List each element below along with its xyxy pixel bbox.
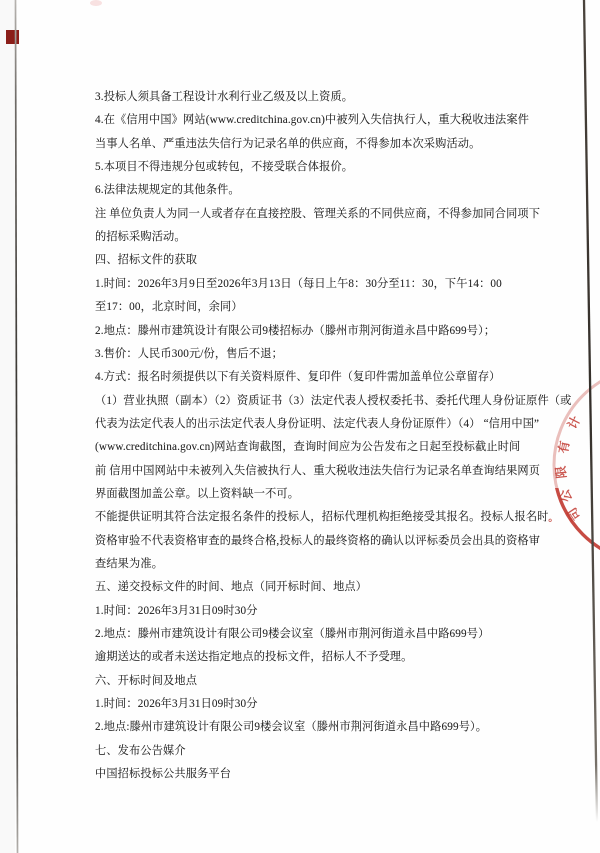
text-line: 4.方式：报名时须提供以下有关资料原件、复印件（复印件需加盖单位公章留存） [95, 371, 501, 384]
text-line: 注 单位负责人为同一人或者存在直接控股、管理关系的不同供应商，不得参加同合同项下 [95, 208, 540, 221]
text-line: 至17：00，北京时间，余同） [95, 301, 243, 314]
text-line: 6.法律法规规定的其他条件。 [95, 184, 240, 197]
text-line: 四、招标文件的获取 [95, 254, 197, 267]
text-line: 1.时间：2026年3月31日09时30分 [95, 698, 258, 711]
document-text-block: 3.投标人须具备工程设计水利行业乙级及以上资质。4.在《信用中国》网站(www.… [0, 0, 600, 853]
text-line: 4.在《信用中国》网站(www.creditchina.gov.cn)中被列入失… [95, 114, 529, 127]
scanned-document-page: 计 有 限 公 司 。 3.投标人 [0, 0, 600, 853]
text-line: 1.时间：2026年3月31日09时30分 [95, 605, 258, 618]
text-line: 当事人名单、严重违法失信行为记录名单的供应商，不得参加本次采购活动。 [95, 138, 480, 151]
text-line: 界面截图加盖公章。以上资料缺一不可。 [95, 488, 299, 501]
text-line: 不能提供证明其符合法定报名条件的投标人，招标代理机构拒绝接受其报名。投标人报名时 [95, 511, 549, 524]
text-line: 2.地点：滕州市建筑设计有限公司9楼招标办（滕州市荆河街道永昌中路699号）； [95, 325, 495, 338]
text-line: (www.creditchina.gov.cn)网站查询截图，查询时间应为公告发… [95, 441, 520, 454]
text-line: 资格审验不代表资格审查的最终合格,投标人的最终资格的确认以评标委员会出具的资格审 [95, 535, 540, 548]
text-line: 的招标采购活动。 [95, 231, 186, 244]
text-line: 五、递交投标文件的时间、地点（同开标时间、地点） [95, 581, 367, 594]
text-line: 中国招标投标公共服务平台 [95, 768, 231, 781]
text-line: 1.时间：2026年3月9日至2026年3月13日（每日上午8：30分至11：3… [95, 278, 502, 291]
text-line: 2.地点:滕州市建筑设计有限公司9楼会议室（滕州市荆河街道永昌中路699号）。 [95, 721, 487, 734]
text-line: 六、开标时间及地点 [95, 675, 197, 688]
text-line: 代表为法定代表人的出示法定代表人身份证明、法定代表人身份证原件）（4） “信用中… [95, 418, 539, 431]
text-line: 查结果为准。 [95, 558, 163, 571]
text-line: 3.投标人须具备工程设计水利行业乙级及以上资质。 [95, 91, 353, 104]
text-line: 2.地点：滕州市建筑设计有限公司9楼会议室（滕州市荆河街道永昌中路699号） [95, 628, 489, 641]
text-line: 前 信用中国网站中未被列入失信被执行人、重大税收违法失信行为记录名单查询结果网页 [95, 465, 540, 478]
text-line: 3.售价：人民币300元/份，售后不退； [95, 348, 283, 361]
text-line: 逾期送达的或者未送达指定地点的投标文件，招标人不予受理。 [95, 651, 412, 664]
text-line: （1）营业执照（副本）（2）资质证书（3）法定代表人授权委托书、委托代理人身份证… [95, 395, 571, 408]
text-line: 七、发布公告媒介 [95, 745, 186, 758]
text-line: 5.本项目不得违规分包或转包，不接受联合体报价。 [95, 161, 353, 174]
